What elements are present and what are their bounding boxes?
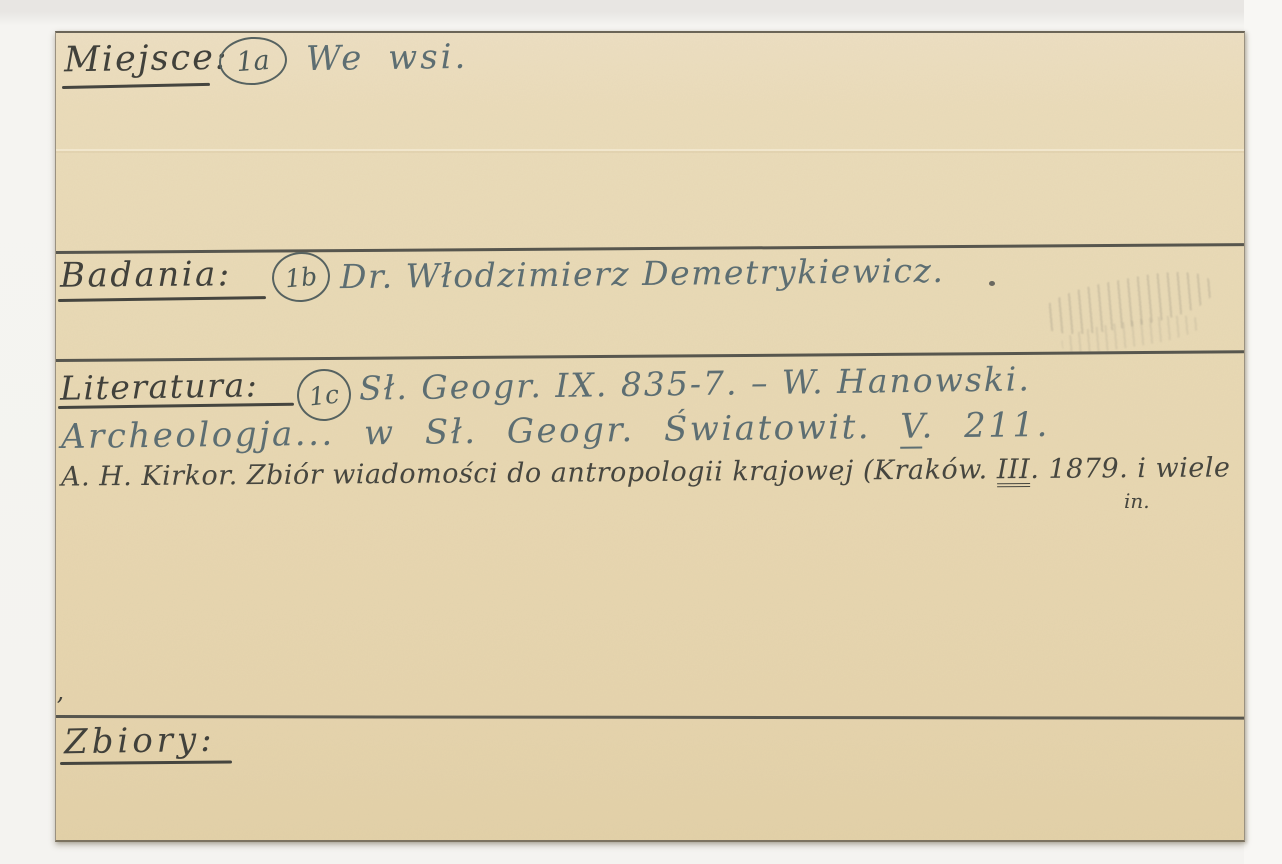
- field-label-literatura: Literatura:: [60, 365, 259, 407]
- miejsce-label-underline: [62, 83, 210, 89]
- ruled-line-above-zbiory: [56, 715, 1244, 719]
- literatura-line-2: Archeologja... w Sł. Geogr. Światowit. V…: [61, 405, 1050, 457]
- stray-apostrophe-mark: ’: [56, 693, 64, 721]
- literatura-line2-page: . 211.: [921, 405, 1050, 447]
- badania-value: Dr. Włodzimierz Demetrykiewicz.: [340, 251, 945, 296]
- literatura-line-3: A. H. Kirkor. Zbiór wiadomości do antrop…: [61, 452, 1231, 494]
- scan-margin: [1244, 0, 1282, 864]
- index-card: Miejsce: 1a We wsi. Badania: 1b Dr. Włod…: [55, 31, 1245, 842]
- zbiory-label-underline: [60, 760, 232, 764]
- literatura-line3-volume: III: [997, 457, 1031, 487]
- pencil-dot: [989, 281, 995, 286]
- scanner-background: Miejsce: 1a We wsi. Badania: 1b Dr. Włod…: [0, 0, 1282, 864]
- ref-circle-1b: 1b: [270, 250, 332, 305]
- literatura-line2-volume: V: [900, 407, 922, 449]
- literatura-line2-text: Archeologja... w Sł. Geogr. Światowit.: [61, 407, 901, 457]
- field-label-miejsce: Miejsce:: [64, 38, 229, 81]
- field-label-badania: Badania:: [60, 254, 232, 295]
- literatura-line3-text: A. H. Kirkor. Zbiór wiadomości do antrop…: [61, 454, 997, 492]
- paper-crease: [56, 149, 1244, 153]
- literatura-line-1: Sł. Geogr. IX. 835-7. – W. Hanowski.: [359, 359, 1031, 407]
- miejsce-value: We wsi.: [306, 37, 469, 79]
- ruled-line-above-badania: [56, 243, 1244, 253]
- field-label-zbiory: Zbiory:: [64, 720, 216, 763]
- literatura-line-3-continuation: in.: [1124, 489, 1150, 513]
- badania-label-underline: [58, 296, 266, 301]
- ruled-line-above-literatura: [56, 350, 1244, 361]
- literatura-line3-year: . 1879. i wiele: [1030, 452, 1230, 485]
